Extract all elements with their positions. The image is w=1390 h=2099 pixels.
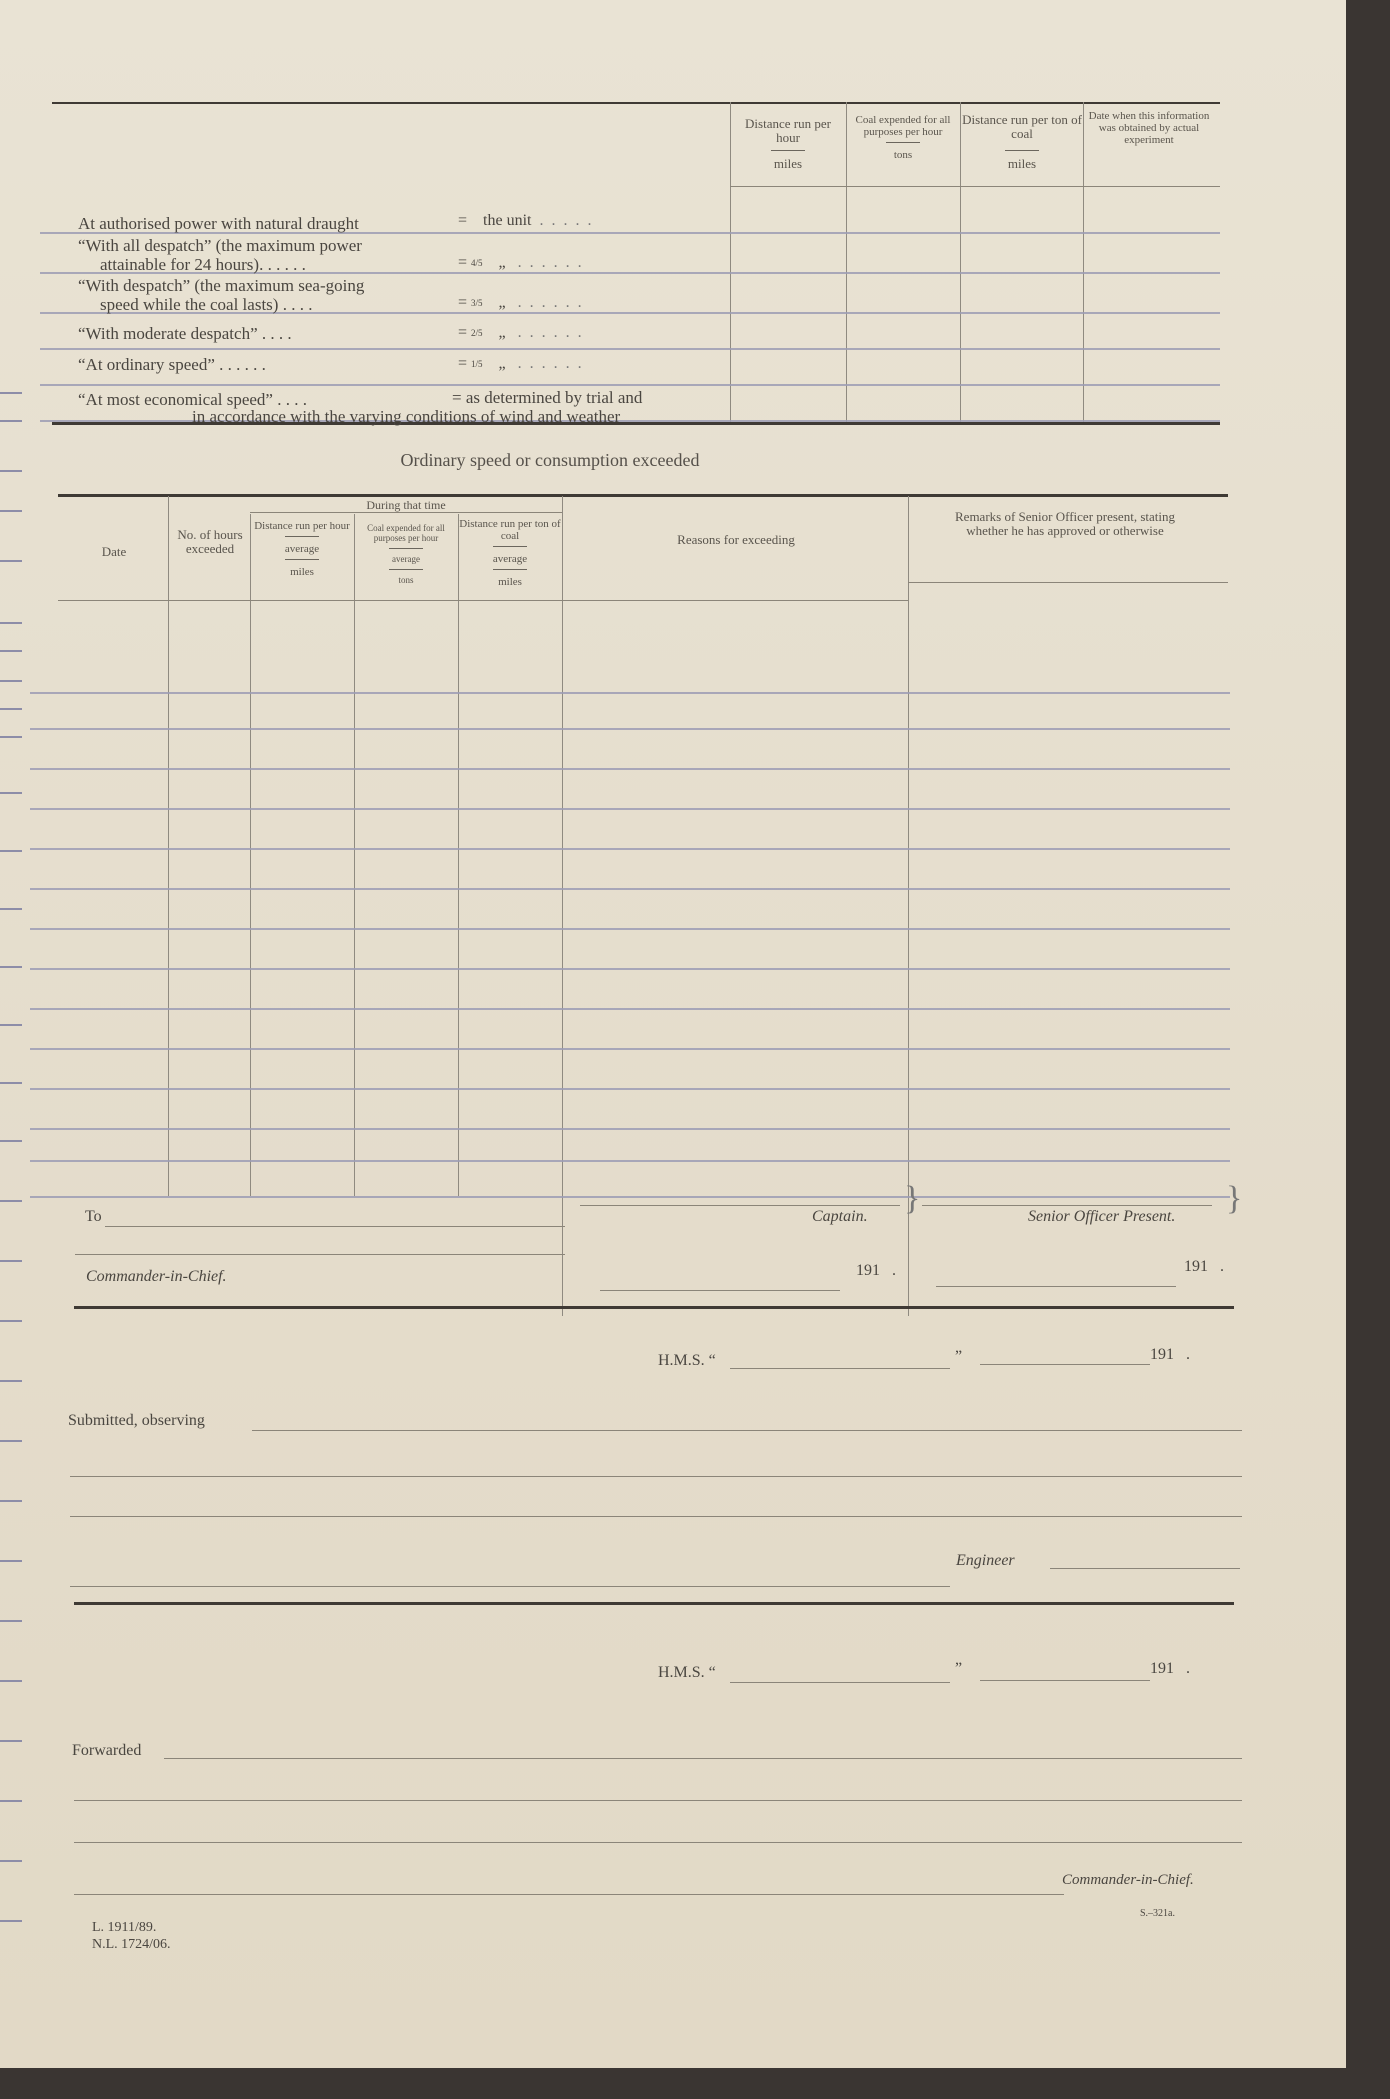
- header-text: Date when this information was obtained …: [1089, 110, 1210, 146]
- margin-tick: [0, 908, 22, 910]
- label: “With moderate despatch” . . . .: [78, 324, 292, 343]
- header-unit: miles: [290, 566, 314, 578]
- row-eq: = 2/5 „ . . . . . .: [458, 324, 584, 342]
- engineer-signature-field[interactable]: [1050, 1568, 1240, 1569]
- forwarded-field-3[interactable]: [74, 1842, 1242, 1843]
- header-distance-per-ton: Distance run per ton of coal miles: [962, 113, 1082, 171]
- col-divider: [354, 514, 355, 1196]
- header-text: No. of hours exceeded: [177, 527, 242, 556]
- top-rule: [52, 102, 1220, 104]
- row-eq: = 1/5 „ . . . . . .: [458, 355, 584, 373]
- row-line: [30, 1048, 1230, 1050]
- brace-icon: }: [904, 1182, 920, 1216]
- margin-tick: [0, 470, 22, 472]
- ship-name-field[interactable]: [730, 1368, 950, 1369]
- header-unit: tons: [894, 149, 912, 161]
- margin-tick: [0, 1380, 22, 1382]
- fraction: 3/5: [471, 299, 483, 307]
- header-text: Distance run per ton of coal: [459, 518, 560, 542]
- margin-tick: [0, 850, 22, 852]
- forwarded-field-2[interactable]: [74, 1800, 1242, 1801]
- margin-tick: [0, 1200, 22, 1202]
- dots: . . . . . .: [518, 254, 584, 271]
- to-label: To: [85, 1208, 102, 1226]
- margin-tick: [0, 1320, 22, 1322]
- submitted-label: Submitted, observing: [68, 1412, 205, 1430]
- row-line: [30, 1196, 1230, 1198]
- row-eq: = the unit . . . . .: [458, 212, 593, 230]
- year-text: 191: [1184, 1258, 1208, 1275]
- row-line: [30, 928, 1230, 930]
- submitted-field-4[interactable]: [70, 1586, 950, 1587]
- header-text: Remarks of Senior Officer present, stati…: [955, 509, 1175, 538]
- date-field[interactable]: [980, 1680, 1150, 1681]
- margin-tick: [0, 1800, 22, 1802]
- label: in accordance with the varying condition…: [192, 407, 620, 426]
- reference-2: N.L. 1724/06.: [92, 1937, 171, 1953]
- header-text: Distance run per ton of coal: [962, 112, 1082, 141]
- label: speed while the coal lasts) . . . .: [100, 295, 312, 314]
- row-label-natural-draught: At authorised power with natural draught: [78, 214, 359, 234]
- row-label-despatch: “With despatch” (the maximum sea-going: [78, 276, 364, 296]
- header-coal-per-hour: Coal expended for all purposes per hour …: [848, 114, 958, 161]
- forwarded-label: Forwarded: [72, 1742, 141, 1760]
- captain-label: Captain.: [812, 1208, 868, 1226]
- hms-close-quote: ”: [955, 1660, 962, 1678]
- margin-tick: [0, 1500, 22, 1502]
- margin-tick: [0, 650, 22, 652]
- submitted-field-2[interactable]: [70, 1476, 1242, 1477]
- label: At authorised power with natural draught: [78, 214, 359, 233]
- header-hours-exceeded: No. of hours exceeded: [170, 528, 250, 557]
- row-line: [30, 968, 1230, 970]
- header-unit: miles: [1008, 156, 1036, 171]
- equals: =: [452, 388, 462, 407]
- to-field-2[interactable]: [75, 1254, 565, 1255]
- header-dist-per-ton: Distance run per ton of coal average mil…: [458, 518, 562, 588]
- row-eq: = 3/5 „ . . . . . .: [458, 294, 584, 312]
- row-line: [30, 1128, 1230, 1130]
- equals: =: [458, 212, 467, 229]
- label: “With despatch” (the maximum sea-going: [78, 276, 364, 295]
- col-divider: [1083, 102, 1084, 424]
- row-eq: = 4/5 „ . . . . . .: [458, 254, 584, 272]
- header-unit: tons: [398, 575, 413, 585]
- row-line: [30, 1088, 1230, 1090]
- dots: . . . . . .: [518, 355, 584, 372]
- header-date-obtained: Date when this information was obtained …: [1086, 110, 1212, 146]
- year: 191 .: [1150, 1346, 1190, 1364]
- brace-icon: }: [1226, 1182, 1242, 1216]
- header-underline: [58, 600, 908, 601]
- col-divider: [458, 514, 459, 1196]
- row-label-all-despatch: “With all despatch” (the maximum power: [78, 236, 362, 256]
- date-field[interactable]: [980, 1364, 1150, 1365]
- margin-tick: [0, 1082, 22, 1084]
- margin-tick: [0, 1920, 22, 1922]
- submitted-field-1[interactable]: [252, 1430, 1242, 1431]
- hms-close-quote: ”: [955, 1348, 962, 1366]
- row-eq: = as determined by trial and: [452, 388, 642, 408]
- commander-label: Commander-in-Chief.: [1062, 1872, 1194, 1889]
- row-line: [30, 728, 1230, 730]
- header-date: Date: [60, 545, 168, 559]
- commander-label: Commander-in-Chief.: [86, 1268, 227, 1286]
- header-sub: average: [285, 543, 319, 555]
- row-line: [30, 1008, 1230, 1010]
- margin-tick: [0, 420, 22, 422]
- reference-1: L. 1911/89.: [92, 1920, 156, 1936]
- header-text: Distance run per hour: [745, 116, 831, 145]
- row-line: [30, 1160, 1230, 1162]
- margin-tick: [0, 1740, 22, 1742]
- row-label-moderate-despatch: “With moderate despatch” . . . .: [78, 324, 292, 344]
- margin-tick: [0, 1620, 22, 1622]
- submitted-field-3[interactable]: [70, 1516, 1242, 1517]
- header-unit: miles: [498, 576, 522, 588]
- ship-name-field[interactable]: [730, 1682, 950, 1683]
- header-remarks: Remarks of Senior Officer present, stati…: [950, 510, 1180, 539]
- ditto-mark: „: [499, 294, 506, 311]
- col-divider: [562, 496, 563, 1316]
- label: attainable for 24 hours). . . . . .: [100, 255, 306, 274]
- value: the unit: [483, 212, 531, 229]
- header-text: Distance run per hour: [254, 520, 350, 532]
- margin-tick: [0, 708, 22, 710]
- year-text: 191: [1150, 1346, 1174, 1363]
- margin-tick: [0, 792, 22, 794]
- form-number: S.–321a.: [1140, 1908, 1175, 1919]
- col-divider: [250, 514, 251, 1196]
- col-divider: [730, 102, 731, 424]
- margin-tick: [0, 1024, 22, 1026]
- margin-tick: [0, 1680, 22, 1682]
- dots: . . . . . .: [518, 324, 584, 341]
- header-dist-per-hour: Distance run per hour average miles: [252, 520, 352, 578]
- margin-tick: [0, 1560, 22, 1562]
- section-rule: [58, 494, 1228, 497]
- header-underline: [908, 582, 1228, 583]
- hms-label: H.M.S. “: [658, 1664, 716, 1682]
- margin-tick: [0, 680, 22, 682]
- fraction: 1/5: [471, 360, 483, 368]
- ditto-mark: „: [499, 355, 506, 372]
- row-label-ordinary-speed: “At ordinary speed” . . . . . .: [78, 355, 266, 375]
- equals: =: [458, 254, 467, 271]
- margin-tick: [0, 736, 22, 738]
- ditto-mark: „: [499, 324, 506, 341]
- margin-tick: [0, 510, 22, 512]
- row-label-despatch-2: speed while the coal lasts) . . . .: [100, 295, 312, 315]
- section-rule: [74, 1306, 1234, 1309]
- captain-signature-field[interactable]: [580, 1205, 900, 1206]
- value: as determined by trial and: [466, 388, 643, 407]
- row-line: [30, 768, 1230, 770]
- header-coal-per-hour: Coal expended for all purposes per hour …: [356, 524, 456, 586]
- row-line: [30, 808, 1230, 810]
- margin-tick: [0, 1860, 22, 1862]
- col-divider: [846, 102, 847, 424]
- header-sub: average: [493, 553, 527, 565]
- section-rule: [74, 1602, 1234, 1605]
- equals: =: [458, 324, 467, 341]
- label: “With all despatch” (the maximum power: [78, 236, 362, 255]
- row-line: [40, 348, 1220, 350]
- captain-date-field[interactable]: [600, 1290, 840, 1291]
- senior-officer-year: 191 .: [1184, 1258, 1224, 1276]
- margin-tick: [0, 392, 22, 394]
- document-page: Distance run per hour miles Coal expende…: [0, 0, 1346, 2068]
- ditto-mark: „: [499, 254, 506, 271]
- senior-officer-date-field[interactable]: [936, 1286, 1176, 1287]
- margin-tick: [0, 1140, 22, 1142]
- header-text: Coal expended for all purposes per hour: [856, 114, 951, 138]
- row-label-economical-speed-2: in accordance with the varying condition…: [192, 407, 620, 427]
- margin-tick: [0, 560, 22, 562]
- header-text: Coal expended for all purposes per hour: [367, 523, 445, 543]
- row-line: [30, 888, 1230, 890]
- col-divider: [960, 102, 961, 424]
- header-distance-per-hour: Distance run per hour miles: [732, 117, 844, 171]
- hms-label: H.M.S. “: [658, 1352, 716, 1370]
- header-text: Reasons for exceeding: [677, 532, 795, 547]
- row-line: [30, 848, 1230, 850]
- fraction: 4/5: [471, 259, 483, 267]
- group-header-during-that-time: During that time: [250, 498, 562, 513]
- dots: . . . . .: [539, 212, 593, 229]
- margin-tick: [0, 622, 22, 624]
- label: “At ordinary speed” . . . . . .: [78, 355, 266, 374]
- captain-year: 191 .: [856, 1262, 896, 1280]
- fraction: 2/5: [471, 329, 483, 337]
- header-reasons: Reasons for exceeding: [564, 533, 908, 547]
- forwarded-field-1[interactable]: [164, 1758, 1242, 1759]
- year-text: 191: [856, 1262, 880, 1279]
- row-label-all-despatch-2: attainable for 24 hours). . . . . .: [100, 255, 306, 275]
- section-title: Ordinary speed or consumption exceeded: [0, 450, 1100, 471]
- margin-tick: [0, 966, 22, 968]
- header-unit: miles: [774, 156, 802, 171]
- senior-officer-label: Senior Officer Present.: [1028, 1208, 1175, 1226]
- header-underline: [730, 186, 1220, 187]
- year: 191 .: [1150, 1660, 1190, 1678]
- senior-officer-signature-field[interactable]: [922, 1205, 1212, 1206]
- row-line: [30, 692, 1230, 694]
- equals: =: [458, 355, 467, 372]
- engineer-label: Engineer: [956, 1552, 1015, 1570]
- to-field[interactable]: [105, 1226, 565, 1227]
- header-text: Date: [102, 544, 127, 559]
- year-text: 191: [1150, 1660, 1174, 1677]
- equals: =: [458, 294, 467, 311]
- header-sub: average: [392, 554, 420, 564]
- dots: . . . . . .: [518, 294, 584, 311]
- margin-tick: [0, 1260, 22, 1262]
- margin-tick: [0, 1440, 22, 1442]
- row-line: [40, 384, 1220, 386]
- col-divider: [168, 496, 169, 1196]
- commander-signature-field[interactable]: [74, 1894, 1064, 1895]
